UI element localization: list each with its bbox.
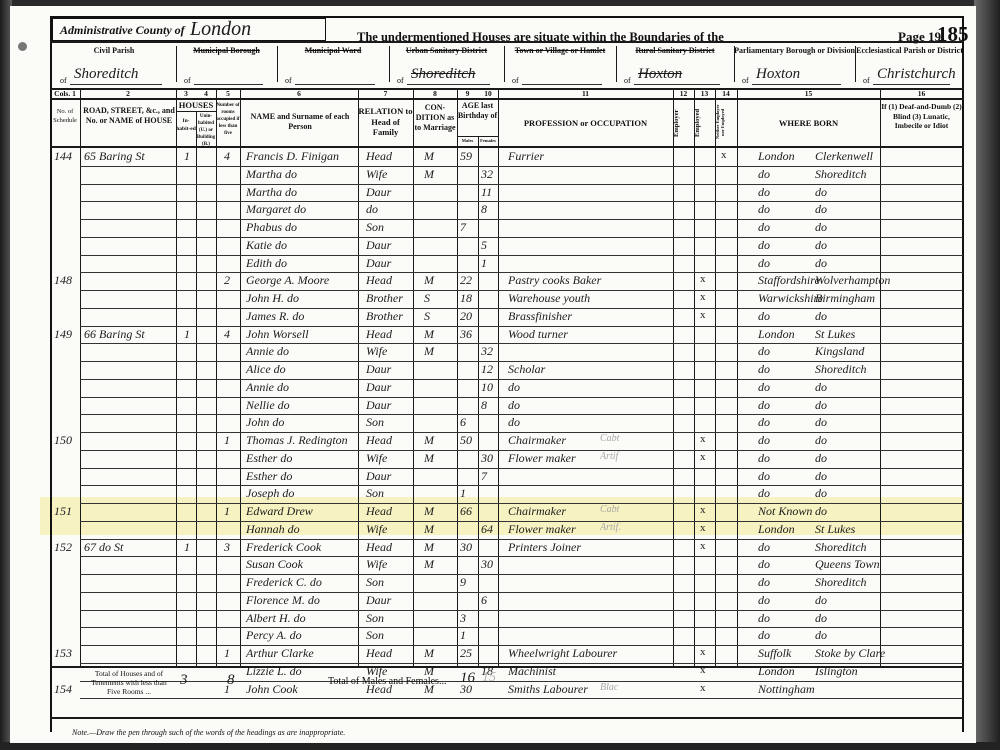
occupation-annotation: Cabt <box>600 433 619 444</box>
birthplace-town: do <box>815 185 827 200</box>
relation: Daur <box>366 238 391 253</box>
column-number: 12 <box>673 89 694 98</box>
divider <box>50 666 964 668</box>
district-of: of <box>397 76 404 85</box>
column-number: 14 <box>715 89 737 98</box>
birthplace-county: do <box>758 202 770 217</box>
relation: Brother <box>366 291 403 306</box>
column-number: 7 <box>358 89 413 98</box>
person-name: George A. Moore <box>246 273 329 288</box>
relation: Daur <box>366 593 391 608</box>
employed-mark: x <box>700 504 706 516</box>
marital-condition: M <box>424 344 434 359</box>
birthplace-town: do <box>815 611 827 626</box>
schedule-number: 148 <box>54 273 72 288</box>
district-label: Urban Sanitary District <box>389 46 504 55</box>
birthplace-town: Shoreditch <box>815 575 867 590</box>
rooms-count: 1 <box>224 646 230 661</box>
scan-edge-bottom <box>0 742 1000 750</box>
relation: Daur <box>366 185 391 200</box>
relation: Head <box>366 327 392 342</box>
schedule-number: 150 <box>54 433 72 448</box>
birthplace-town: do <box>815 220 827 235</box>
occupation-annotation: Artif. <box>600 522 621 533</box>
birthplace-county: do <box>758 344 770 359</box>
inhabited-count: 1 <box>184 149 190 164</box>
marital-condition: S <box>424 309 430 324</box>
occupation: Printers Joiner <box>508 540 581 555</box>
schedule-number: 153 <box>54 646 72 661</box>
district-of: of <box>512 76 519 85</box>
birthplace-county: do <box>758 611 770 626</box>
birthplace-town: do <box>815 486 827 501</box>
houses-total-rooms: 8 <box>227 672 235 689</box>
occupation-annotation: Blac <box>600 682 618 693</box>
employed-mark: x <box>700 682 706 694</box>
column-number: 4 <box>196 89 216 98</box>
person-name: John H. do <box>246 291 299 306</box>
district-underline <box>194 84 263 85</box>
column-number: 8 <box>413 89 457 98</box>
male-age: 18 <box>460 291 472 306</box>
district-underline <box>295 84 375 85</box>
relation: Head <box>366 433 392 448</box>
person-name: John Worsell <box>246 327 309 342</box>
birthplace-town: Wolverhampton <box>815 273 890 288</box>
person-name: Martha do <box>246 167 297 182</box>
birthplace-town: do <box>815 256 827 271</box>
relation: Wife <box>366 557 387 572</box>
person-name: Esther do <box>246 451 292 466</box>
relation: Son <box>366 486 384 501</box>
occupation: Smiths Labourer <box>508 682 588 697</box>
birthplace-county: Warwickshire <box>758 291 823 306</box>
birthplace-town: Shoreditch <box>815 167 867 182</box>
header-age: AGE last Birthday of <box>457 101 498 121</box>
birthplace-county: London <box>758 327 795 342</box>
header-neither: Neither Employer nor Employed <box>715 102 737 142</box>
relation: do <box>366 202 378 217</box>
birthplace-county: Staffordshire <box>758 273 820 288</box>
district-of: of <box>742 76 749 85</box>
scan-edge-right <box>974 0 1000 750</box>
column-number: Cols. 1 <box>50 89 80 98</box>
county-label: Administrative County of <box>60 23 185 38</box>
birthplace-county: do <box>758 220 770 235</box>
divider <box>616 46 617 82</box>
occupation: Flower maker <box>508 451 576 466</box>
birthplace-county: London <box>758 149 795 164</box>
person-name: Francis D. Finigan <box>246 149 339 164</box>
page-number: 185 <box>937 22 969 47</box>
person-name: Frederick C. do <box>246 575 322 590</box>
relation: Head <box>366 149 392 164</box>
district-label: Municipal Ward <box>277 46 389 55</box>
male-age: 1 <box>460 628 466 643</box>
marital-condition: M <box>424 327 434 342</box>
person-name: Edith do <box>246 256 287 271</box>
female-age: 30 <box>481 557 493 572</box>
occupation: do <box>508 398 520 413</box>
district-underline <box>522 84 602 85</box>
divider <box>855 46 856 82</box>
relation: Head <box>366 504 392 519</box>
district-label: Civil Parish <box>52 46 176 55</box>
person-name: Esther do <box>246 469 292 484</box>
divider <box>176 46 177 82</box>
row-rule <box>80 698 963 699</box>
houses-total-label: Total of Houses and of Tenements with le… <box>84 669 174 696</box>
inhabited-count: 1 <box>184 327 190 342</box>
occupation: Furrier <box>508 149 544 164</box>
person-name: Frederick Cook <box>246 540 321 555</box>
district-of: of <box>60 76 67 85</box>
marital-condition: M <box>424 433 434 448</box>
birthplace-county: do <box>758 167 770 182</box>
rooms-count: 4 <box>224 149 230 164</box>
male-age: 36 <box>460 327 472 342</box>
district-underline <box>407 84 490 85</box>
person-name: Percy A. do <box>246 628 302 643</box>
occupation-annotation: Cabt <box>600 504 619 515</box>
male-age: 66 <box>460 504 472 519</box>
header-employer: Employer <box>673 104 694 142</box>
female-age: 6 <box>481 593 487 608</box>
district-of: of <box>184 76 191 85</box>
column-number: 3 <box>176 89 196 98</box>
male-age: 25 <box>460 646 472 661</box>
person-name: Phabus do <box>246 220 297 235</box>
person-name: John do <box>246 415 284 430</box>
rooms-count: 1 <box>224 504 230 519</box>
person-name: Nellie do <box>246 398 290 413</box>
district-label: Ecclesiastical Parish or District <box>855 46 964 55</box>
person-name: Annie do <box>246 380 289 395</box>
female-age: 8 <box>481 398 487 413</box>
district-of: of <box>285 76 292 85</box>
divider <box>389 46 390 82</box>
birthplace-town: do <box>815 628 827 643</box>
header-occupation: PROFESSION or OCCUPATION <box>498 118 673 129</box>
birthplace-county: do <box>758 256 770 271</box>
person-name: Hannah do <box>246 522 300 537</box>
birthplace-town: Clerkenwell <box>815 149 873 164</box>
schedule-number: 152 <box>54 540 72 555</box>
birthplace-county: Nottingham <box>758 682 815 697</box>
total-females: 15 <box>482 670 496 686</box>
column-number: 16 <box>880 89 963 98</box>
schedule-number: 151 <box>54 504 72 519</box>
female-age: 30 <box>481 451 493 466</box>
marital-condition: M <box>424 522 434 537</box>
relation: Daur <box>366 469 391 484</box>
female-age: 5 <box>481 238 487 253</box>
occupation: Chairmaker <box>508 433 566 448</box>
male-age: 22 <box>460 273 472 288</box>
rooms-count: 2 <box>224 273 230 288</box>
relation: Son <box>366 628 384 643</box>
birthplace-town: do <box>815 593 827 608</box>
column-number: 6 <box>240 89 358 98</box>
birthplace-town: do <box>815 415 827 430</box>
employed-mark: x <box>700 540 706 552</box>
schedule-number: 144 <box>54 149 72 164</box>
district-value: Shoreditch <box>411 66 475 83</box>
header-houses: HOUSES <box>176 100 216 111</box>
birthplace-county: Suffolk <box>758 646 791 661</box>
neither-mark: x <box>721 149 727 161</box>
birthplace-town: do <box>815 309 827 324</box>
birthplace-town: do <box>815 451 827 466</box>
header-rooms: Number of rooms occupied if less than fi… <box>216 102 240 137</box>
marital-condition: S <box>424 291 430 306</box>
birthplace-county: do <box>758 433 770 448</box>
column-number: 15 <box>737 89 880 98</box>
header-road: ROAD, STREET, &c., and No. or NAME of HO… <box>82 106 176 126</box>
marital-condition: M <box>424 646 434 661</box>
occupation: Warehouse youth <box>508 291 590 306</box>
person-name: James R. do <box>246 309 304 324</box>
birthplace-town: Birmingham <box>815 291 875 306</box>
district-value: Christchurch <box>877 66 956 83</box>
female-age: 12 <box>481 362 493 377</box>
marital-condition: M <box>424 557 434 572</box>
birthplace-town: do <box>815 202 827 217</box>
divider <box>504 46 505 82</box>
houses-total-inhabited: 3 <box>180 672 188 689</box>
header-employed: Employed <box>694 104 715 142</box>
occupation: Scholar <box>508 362 545 377</box>
person-name: Margaret do <box>246 202 306 217</box>
person-name: Thomas J. Redington <box>246 433 348 448</box>
birthplace-town: do <box>815 398 827 413</box>
birthplace-town: Kingsland <box>815 344 864 359</box>
female-age: 7 <box>481 469 487 484</box>
person-name: Joseph do <box>246 486 294 501</box>
person-name: Annie do <box>246 344 289 359</box>
birthplace-county: do <box>758 309 770 324</box>
birthplace-town: do <box>815 433 827 448</box>
person-name: Arthur Clarke <box>246 646 314 661</box>
relation: Son <box>366 415 384 430</box>
birthplace-town: Queens Town <box>815 557 880 572</box>
birthplace-town: St Lukes <box>815 327 855 342</box>
district-label: Rural Sanitary District <box>616 46 734 55</box>
divider <box>50 41 964 43</box>
employed-mark: x <box>700 433 706 445</box>
birthplace-town: do <box>815 380 827 395</box>
person-name: Susan Cook <box>246 557 303 572</box>
rooms-count: 1 <box>224 433 230 448</box>
district-of: of <box>624 76 631 85</box>
employed-mark: x <box>700 646 706 658</box>
person-name: Florence M. do <box>246 593 320 608</box>
relation: Son <box>366 575 384 590</box>
column-number: 9 <box>457 89 478 98</box>
header-where-born: WHERE BORN <box>737 118 880 129</box>
male-age: 50 <box>460 433 472 448</box>
divider <box>734 46 735 82</box>
house-address: 66 Baring St <box>84 327 145 342</box>
person-name: Katie do <box>246 238 287 253</box>
district-underline <box>873 84 950 85</box>
schedule-number: 154 <box>54 682 72 697</box>
birthplace-county: Not Known <box>758 504 812 519</box>
male-age: 3 <box>460 611 466 626</box>
birthplace-town: do <box>815 469 827 484</box>
female-age: 11 <box>481 185 492 200</box>
occupation: Wheelwright Labourer <box>508 646 617 661</box>
birthplace-county: do <box>758 185 770 200</box>
occupation: Wood turner <box>508 327 568 342</box>
header-condition: CON-DITION as to Marriage <box>413 103 457 133</box>
total-males: 16 <box>460 670 475 687</box>
relation: Wife <box>366 167 387 182</box>
relation: Head <box>366 540 392 555</box>
relation: Son <box>366 220 384 235</box>
marital-condition: M <box>424 451 434 466</box>
divider <box>50 717 964 719</box>
female-age: 8 <box>481 202 487 217</box>
header-infirmity: If (1) Deaf-and-Dumb (2) Blind (3) Lunat… <box>880 102 963 131</box>
person-name: Albert H. do <box>246 611 306 626</box>
header-females: Females <box>478 138 498 145</box>
relation: Son <box>366 611 384 626</box>
house-address: 65 Baring St <box>84 149 145 164</box>
birthplace-county: do <box>758 398 770 413</box>
birthplace-county: do <box>758 557 770 572</box>
occupation: do <box>508 380 520 395</box>
district-label: Parliamentary Borough or Division <box>734 46 855 55</box>
occupation: Pastry cooks Baker <box>508 273 601 288</box>
column-number: 2 <box>80 89 176 98</box>
birthplace-county: do <box>758 469 770 484</box>
employed-mark: x <box>700 451 706 463</box>
rooms-count: 4 <box>224 327 230 342</box>
employed-mark: x <box>700 273 706 285</box>
male-age: 7 <box>460 220 466 235</box>
birthplace-town: Stoke by Clare <box>815 646 885 661</box>
occupation: Brassfinisher <box>508 309 572 324</box>
marital-condition: M <box>424 167 434 182</box>
relation: Daur <box>366 398 391 413</box>
header-males: Males <box>457 138 478 145</box>
district-value: Hoxton <box>756 66 800 83</box>
employed-mark: x <box>700 522 706 534</box>
header-name: NAME and Surname of each Person <box>242 112 358 132</box>
marital-condition: M <box>424 149 434 164</box>
occupation: Flower maker <box>508 522 576 537</box>
inhabited-count: 1 <box>184 540 190 555</box>
rooms-count: 3 <box>224 540 230 555</box>
district-label: Town or Village or Hamlet <box>504 46 616 55</box>
column-number: 10 <box>478 89 498 98</box>
relation: Brother <box>366 309 403 324</box>
relation: Daur <box>366 380 391 395</box>
female-age: 10 <box>481 380 493 395</box>
column-number: 5 <box>216 89 240 98</box>
birthplace-county: do <box>758 540 770 555</box>
column-number: 13 <box>694 89 715 98</box>
marital-condition: M <box>424 540 434 555</box>
male-age: 1 <box>460 486 466 501</box>
header-schedule: No. of Schedule <box>50 108 80 125</box>
relation: Head <box>366 273 392 288</box>
female-age: 64 <box>481 522 493 537</box>
birthplace-county: London <box>758 522 795 537</box>
birthplace-county: do <box>758 628 770 643</box>
female-age: 1 <box>481 256 487 271</box>
district-value: Shoreditch <box>74 66 138 83</box>
birthplace-county: do <box>758 486 770 501</box>
district-label: Municipal Borough <box>176 46 277 55</box>
employed-mark: x <box>700 291 706 303</box>
punch-hole-icon <box>18 42 27 51</box>
male-age: 9 <box>460 575 466 590</box>
birthplace-county: do <box>758 451 770 466</box>
birthplace-county: do <box>758 593 770 608</box>
page-label: Page 19 <box>898 29 941 45</box>
birthplace-town: Shoreditch <box>815 362 867 377</box>
relation: Daur <box>366 256 391 271</box>
occupation-annotation: Artif <box>600 451 618 462</box>
male-age: 6 <box>460 415 466 430</box>
male-age: 30 <box>460 540 472 555</box>
district-underline <box>70 84 162 85</box>
person-name: Alice do <box>246 362 286 377</box>
birthplace-county: do <box>758 380 770 395</box>
occupation: Chairmaker <box>508 504 566 519</box>
relation: Wife <box>366 451 387 466</box>
house-address: 67 do St <box>84 540 123 555</box>
header-inhabited: In-habit-ed <box>176 118 196 133</box>
footnote: Note.—Draw the pen through such of the w… <box>72 728 345 737</box>
district-of: of <box>863 76 870 85</box>
divider <box>277 46 278 82</box>
person-name: John Cook <box>246 682 298 697</box>
person-name: Edward Drew <box>246 504 313 519</box>
female-age: 32 <box>481 167 493 182</box>
district-value: Hoxton <box>638 66 682 83</box>
birthplace-town: do <box>815 504 827 519</box>
intro-text: The undermentioned Houses are situate wi… <box>357 30 724 45</box>
relation: Head <box>366 646 392 661</box>
birthplace-town: St Lukes <box>815 522 855 537</box>
district-underline <box>752 84 841 85</box>
marital-condition: M <box>424 504 434 519</box>
birthplace-county: do <box>758 575 770 590</box>
header-relation: RELATION to Head of Family <box>358 106 413 138</box>
persons-total-label: Total of Males and Females... <box>328 676 446 687</box>
male-age: 59 <box>460 149 472 164</box>
employed-mark: x <box>700 309 706 321</box>
person-name: Martha do <box>246 185 297 200</box>
marital-condition: M <box>424 273 434 288</box>
column-number: 11 <box>498 89 673 98</box>
occupation: do <box>508 415 520 430</box>
birthplace-county: do <box>758 238 770 253</box>
schedule-number: 149 <box>54 327 72 342</box>
district-underline <box>634 84 720 85</box>
relation: Daur <box>366 362 391 377</box>
birthplace-county: do <box>758 362 770 377</box>
header-uninhabited: Unin-habited (U.) or Building (B.) <box>196 113 216 148</box>
birthplace-town: do <box>815 238 827 253</box>
female-age: 32 <box>481 344 493 359</box>
birthplace-county: do <box>758 415 770 430</box>
male-age: 20 <box>460 309 472 324</box>
relation: Wife <box>366 344 387 359</box>
